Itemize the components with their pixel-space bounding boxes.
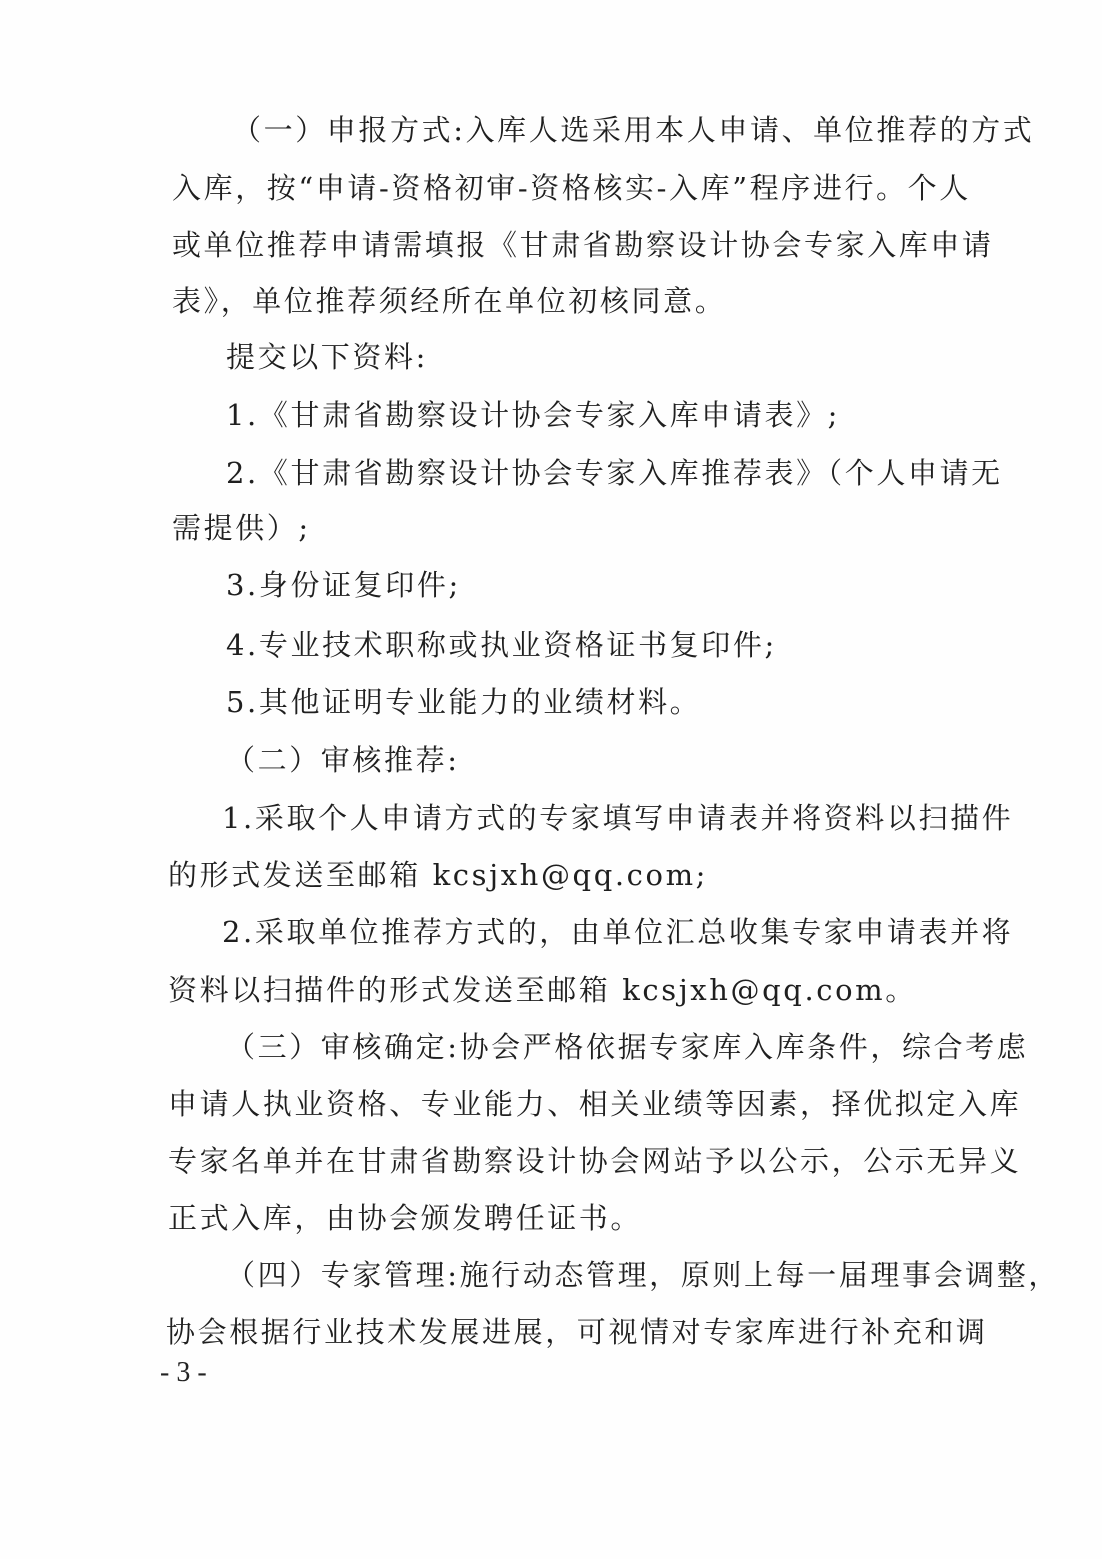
materials-item: 4.专业技术职称或执业资格证书复印件; [226,625,777,665]
section-heading: （二）审核推荐: [226,740,460,780]
materials-item: 2.《甘肃省勘察设计协会专家入库推荐表》（个人申请无 [226,453,1003,493]
paragraph-line: 入库，按“申请-资格初审-资格核实-入库”程序进行。个人 [172,168,971,208]
page-number: - 3 - [160,1356,207,1390]
materials-item: 3.身份证复印件; [226,565,461,605]
paragraph-line: 或单位推荐申请需填报《甘肃省勘察设计协会专家入库申请 [172,225,994,265]
paragraph-line: 申请人执业资格、专业能力、相关业绩等因素，择优拟定入库 [168,1084,1021,1124]
paragraph-line: 表》，单位推荐须经所在单位初核同意。 [172,281,726,321]
materials-item: 1.《甘肃省勘察设计协会专家入库申请表》; [226,395,840,435]
email-line: 的形式发送至邮箱 kcsjxh@qq.com; [168,855,708,895]
materials-item: 5.其他证明专业能力的业绩材料。 [226,682,701,722]
paragraph-line: （三）审核确定:协会严格依据专家库入库条件，综合考虑 [226,1027,1028,1067]
email-line: 资料以扫描件的形式发送至邮箱 kcsjxh@qq.com。 [168,970,917,1010]
paragraph-line: （一）申报方式:入库人选采用本人申请、单位推荐的方式 [232,110,1034,150]
materials-item-continued: 需提供）; [172,508,311,548]
document-page: （一）申报方式:入库人选采用本人申请、单位推荐的方式 入库，按“申请-资格初审-… [0,0,1102,1559]
paragraph-line: 正式入库，由协会颁发聘任证书。 [168,1198,642,1238]
paragraph-line: 协会根据行业技术发展进展，可视情对专家库进行补充和调 [166,1312,988,1352]
materials-heading: 提交以下资料: [226,337,428,377]
paragraph-line: （四）专家管理:施行动态管理，原则上每一届理事会调整， [226,1255,1060,1295]
paragraph-line: 2.采取单位推荐方式的，由单位汇总收集专家申请表并将 [222,912,1013,952]
paragraph-line: 1.采取个人申请方式的专家填写申请表并将资料以扫描件 [222,798,1013,838]
paragraph-line: 专家名单并在甘肃省勘察设计协会网站予以公示，公示无异义 [168,1141,1021,1181]
